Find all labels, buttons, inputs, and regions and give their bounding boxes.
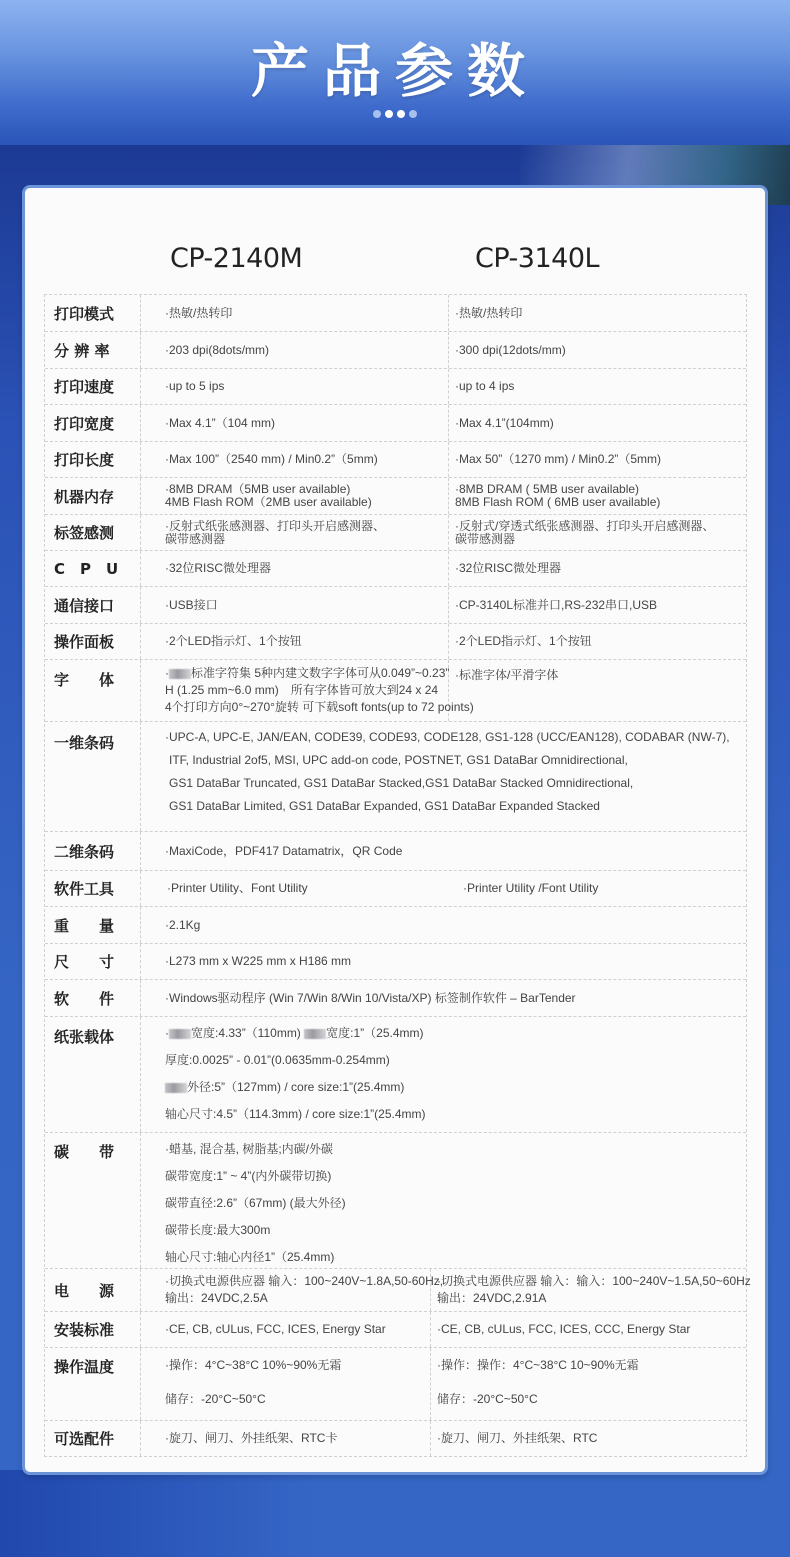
spec-text: 储存：-20°C~50°C bbox=[437, 1393, 746, 1406]
spec-row-power: 电 源 ·切换式电源供应器 输入：100~240V~1.8A,50-60Hz, … bbox=[45, 1268, 746, 1311]
spec-value-m1: ·切换式电源供应器 输入：100~240V~1.8A,50-60Hz, 输出：2… bbox=[141, 1269, 431, 1311]
spec-row-software: 软 件 ·Windows驱动程序 (Win 7/Win 8/Win 10/Vis… bbox=[45, 979, 746, 1016]
model-name-cp3140l: CP-3140L bbox=[475, 243, 599, 274]
spec-text-with-blur: ·标准字符集 5种内建文数字字体可从0.049”~0.23” bbox=[165, 665, 448, 682]
spec-value-m2: ·操作：操作：4°C~38°C 10~90%无霜 储存：-20°C~50°C bbox=[431, 1348, 746, 1420]
spec-label: 碳 带 bbox=[45, 1133, 141, 1268]
spec-text: ·旋刀、闸刀、外挂纸架、RTC卡 bbox=[165, 1432, 430, 1445]
spec-text: ·蜡基, 混合基, 树脂基;内碳/外碳 bbox=[165, 1136, 746, 1163]
spec-text: ·反射式/穿透式纸张感测器、打印头开启感测器、 bbox=[455, 520, 746, 533]
spec-label: 打印速度 bbox=[45, 369, 141, 404]
spec-value-m1: ·CE, CB, cULus, FCC, ICES, Energy Star bbox=[141, 1312, 431, 1347]
spec-row-operating-temp: 操作温度 ·操作：4°C~38°C 10%~90%无霜 储存：-20°C~50°… bbox=[45, 1347, 746, 1420]
spec-text: ·32位RISC微处理器 bbox=[165, 562, 448, 575]
spec-label: 打印长度 bbox=[45, 442, 141, 477]
spec-value-m1: ·Max 4.1”（104 mm) bbox=[141, 405, 449, 441]
spec-text: ·操作：4°C~38°C 10%~90%无霜 bbox=[165, 1357, 430, 1393]
spec-value-m2: ·切换式电源供应器 输入：输入：100~240V~1.5A,50~60Hz 输出… bbox=[431, 1269, 751, 1311]
spec-row-options: 可选配件 ·旋刀、闸刀、外挂纸架、RTC卡 ·旋刀、闸刀、外挂纸架、RTC bbox=[45, 1420, 746, 1456]
spec-text: ·标准字符集 5种内建文数字字体可从0.049”~0.23” bbox=[165, 666, 449, 680]
media-line: 外径:5”（127mm) / core size:1”(25.4mm) bbox=[165, 1074, 746, 1101]
blurred-text bbox=[165, 1083, 187, 1093]
spec-label: 打印宽度 bbox=[45, 405, 141, 441]
spec-text: ·Printer Utility、Font Utility bbox=[165, 882, 463, 895]
spec-label: 软 件 bbox=[45, 980, 141, 1016]
spec-value-m1: ·up to 5 ips bbox=[141, 369, 449, 404]
spec-value-full: ·2.1Kg bbox=[141, 907, 746, 943]
spec-text: ·操作：操作：4°C~38°C 10~90%无霜 bbox=[437, 1357, 746, 1393]
spec-value-m1: ·旋刀、闸刀、外挂纸架、RTC卡 bbox=[141, 1421, 431, 1456]
spec-value-m1: ·操作：4°C~38°C 10%~90%无霜 储存：-20°C~50°C bbox=[141, 1348, 431, 1420]
spec-label: 标签感测 bbox=[45, 515, 141, 550]
spec-text: 4MB Flash ROM（2MB user available) bbox=[165, 496, 448, 509]
spec-text: ·Max 100”（2540 mm) / Min0.2”（5mm) bbox=[165, 453, 448, 466]
spec-value-m1: ·标准字符集 5种内建文数字字体可从0.049”~0.23” H (1.25 m… bbox=[141, 660, 449, 721]
spec-value-m2: ·up to 4 ips bbox=[449, 369, 746, 404]
page-title: 产品参数 bbox=[0, 24, 790, 108]
spec-text: ·切换式电源供应器 输入：100~240V~1.8A,50-60Hz, bbox=[165, 1273, 430, 1290]
dot-icon bbox=[385, 110, 393, 118]
spec-text: ·旋刀、闸刀、外挂纸架、RTC bbox=[437, 1432, 746, 1445]
spec-row-print-speed: 打印速度 ·up to 5 ips ·up to 4 ips bbox=[45, 368, 746, 404]
spec-text: H (1.25 mm~6.0 mm) 所有字体皆可放大到24 x 24 bbox=[165, 682, 448, 699]
spec-value-m2: ·Max 50”（1270 mm) / Min0.2”（5mm) bbox=[449, 442, 746, 477]
spec-text: ·2个LED指示灯、1个按钮 bbox=[165, 635, 448, 648]
spec-label: 操作温度 bbox=[45, 1348, 141, 1420]
spec-text: GS1 DataBar Truncated, GS1 DataBar Stack… bbox=[165, 772, 746, 795]
spec-text: ITF, Industrial 2of5, MSI, UPC add-on co… bbox=[165, 749, 746, 772]
spec-row-ribbon: 碳 带 ·蜡基, 混合基, 树脂基;内碳/外碳 碳带宽度:1” ~ 4”(内外碳… bbox=[45, 1132, 746, 1268]
spec-value-full: ·蜡基, 混合基, 树脂基;内碳/外碳 碳带宽度:1” ~ 4”(内外碳带切换)… bbox=[141, 1133, 746, 1268]
spec-text: 碳带感测器 bbox=[455, 533, 746, 546]
model-name-cp2140m: CP-2140M bbox=[170, 243, 302, 274]
spec-text: 输出：24VDC,2.91A bbox=[437, 1290, 751, 1307]
spec-text: ·300 dpi(12dots/mm) bbox=[455, 344, 746, 357]
spec-row-cpu: C P U ·32位RISC微处理器 ·32位RISC微处理器 bbox=[45, 550, 746, 586]
spec-label: 尺 寸 bbox=[45, 944, 141, 979]
spec-label: 软件工具 bbox=[45, 871, 141, 906]
spec-value-m2: ·CE, CB, cULus, FCC, ICES, CCC, Energy S… bbox=[431, 1312, 746, 1347]
spec-text: ·反射式纸张感测器、打印头开启感测器、 bbox=[165, 520, 448, 533]
spec-text: 碳带直径:2.6”（67mm) (最大外径) bbox=[165, 1190, 746, 1217]
spec-label: 字 体 bbox=[45, 660, 141, 721]
spec-text: ·UPC-A, UPC-E, JAN/EAN, CODE39, CODE93, … bbox=[165, 726, 746, 749]
spec-text: ·切换式电源供应器 输入：输入：100~240V~1.5A,50~60Hz bbox=[437, 1273, 751, 1290]
spec-row-memory: 机器内存 ·8MB DRAM（5MB user available) 4MB F… bbox=[45, 477, 746, 514]
spec-value-m2: ·2个LED指示灯、1个按钮 bbox=[449, 624, 746, 659]
spec-row-dimensions: 尺 寸 ·L273 mm x W225 mm x H186 mm bbox=[45, 943, 746, 979]
spec-label: 一维条码 bbox=[45, 722, 141, 831]
spec-value-m1: ·32位RISC微处理器 bbox=[141, 551, 449, 586]
spec-value-m2: ·旋刀、闸刀、外挂纸架、RTC bbox=[431, 1421, 746, 1456]
spec-text: ·CP-3140L标准并口,RS-232串口,USB bbox=[455, 599, 746, 612]
spec-value-m1: ·2个LED指示灯、1个按钮 bbox=[141, 624, 449, 659]
spec-text: 8MB Flash ROM ( 6MB user available) bbox=[455, 496, 746, 509]
spec-text: ·2.1Kg bbox=[165, 919, 746, 932]
title-dots-decoration bbox=[0, 110, 790, 118]
dot-icon bbox=[373, 110, 381, 118]
spec-value-full: ·Printer Utility、Font Utility ·Printer U… bbox=[141, 871, 746, 906]
spec-label: 安装标准 bbox=[45, 1312, 141, 1347]
spec-text: ·Printer Utility /Font Utility bbox=[463, 882, 598, 895]
spec-text: ·L273 mm x W225 mm x H186 mm bbox=[165, 955, 746, 968]
spec-text: 厚度:0.0025” - 0.01”(0.0635mm-0.254mm) bbox=[165, 1047, 746, 1074]
spec-text: ·CE, CB, cULus, FCC, ICES, Energy Star bbox=[165, 1323, 430, 1336]
bottom-background bbox=[0, 1470, 790, 1557]
spec-card: CP-2140M CP-3140L 打印模式 ·热敏/热转印 ·热敏/热转印 分… bbox=[22, 185, 768, 1475]
spec-row-label-sensing: 标签感测 ·反射式纸张感测器、打印头开启感测器、 碳带感测器 ·反射式/穿透式纸… bbox=[45, 514, 746, 550]
spec-label: 打印模式 bbox=[45, 295, 141, 331]
spec-value-full: ·MaxiCode，PDF417 Datamatrix，QR Code bbox=[141, 832, 746, 870]
spec-label: 机器内存 bbox=[45, 478, 141, 514]
spec-value-full: ·Windows驱动程序 (Win 7/Win 8/Win 10/Vista/X… bbox=[141, 980, 746, 1016]
spec-row-1d-barcode: 一维条码 ·UPC-A, UPC-E, JAN/EAN, CODE39, COD… bbox=[45, 721, 746, 831]
spec-text: 宽度:1”（25.4mm) bbox=[326, 1026, 423, 1040]
spec-text: ·203 dpi(8dots/mm) bbox=[165, 344, 448, 357]
spec-text: ·Max 50”（1270 mm) / Min0.2”（5mm) bbox=[455, 453, 746, 466]
spec-value-m2: ·Max 4.1”(104mm) bbox=[449, 405, 746, 441]
spec-text: ·Windows驱动程序 (Win 7/Win 8/Win 10/Vista/X… bbox=[165, 992, 746, 1005]
spec-value-m2: ·标准字体/平滑字体 bbox=[449, 660, 746, 721]
spec-text: ·Max 4.1”(104mm) bbox=[455, 417, 746, 430]
spec-table: 打印模式 ·热敏/热转印 ·热敏/热转印 分 辨 率 ·203 dpi(8dot… bbox=[44, 294, 747, 1457]
spec-row-control-panel: 操作面板 ·2个LED指示灯、1个按钮 ·2个LED指示灯、1个按钮 bbox=[45, 623, 746, 659]
spec-text: 碳带长度:最大300m bbox=[165, 1217, 746, 1244]
spec-text: 储存：-20°C~50°C bbox=[165, 1393, 430, 1406]
spec-text: 碳带宽度:1” ~ 4”(内外碳带切换) bbox=[165, 1163, 746, 1190]
spec-text: 宽度:4.33”（110mm) bbox=[191, 1026, 301, 1040]
spec-value-full: ·L273 mm x W225 mm x H186 mm bbox=[141, 944, 746, 979]
spec-text: ·Max 4.1”（104 mm) bbox=[165, 417, 448, 430]
spec-text: ·USB接口 bbox=[165, 599, 448, 612]
spec-text: 输出：24VDC,2.5A bbox=[165, 1290, 430, 1307]
blurred-text bbox=[169, 1029, 191, 1039]
spec-value-m2: ·32位RISC微处理器 bbox=[449, 551, 746, 586]
spec-value-m2: ·反射式/穿透式纸张感测器、打印头开启感测器、 碳带感测器 bbox=[449, 515, 746, 550]
spec-value-m1: ·203 dpi(8dots/mm) bbox=[141, 332, 449, 368]
spec-label: 重 量 bbox=[45, 907, 141, 943]
spec-text: ·up to 5 ips bbox=[165, 380, 448, 393]
spec-value-m1: ·Max 100”（2540 mm) / Min0.2”（5mm) bbox=[141, 442, 449, 477]
spec-label: 通信接口 bbox=[45, 587, 141, 623]
spec-value-full: ·UPC-A, UPC-E, JAN/EAN, CODE39, CODE93, … bbox=[141, 722, 746, 831]
spec-text: ·热敏/热转印 bbox=[455, 307, 746, 320]
spec-text: ·32位RISC微处理器 bbox=[455, 562, 746, 575]
spec-text: 4个打印方向0°~270°旋转 可下载soft fonts(up to 72 p… bbox=[165, 699, 448, 716]
spec-label: 二维条码 bbox=[45, 832, 141, 870]
spec-text: ·标准字体/平滑字体 bbox=[455, 669, 746, 682]
spec-row-certifications: 安装标准 ·CE, CB, cULus, FCC, ICES, Energy S… bbox=[45, 1311, 746, 1347]
spec-row-media: 纸张载体 ·宽度:4.33”（110mm) 宽度:1”（25.4mm) 厚度:0… bbox=[45, 1016, 746, 1132]
spec-value-m2: ·CP-3140L标准并口,RS-232串口,USB bbox=[449, 587, 746, 623]
spec-value-m1: ·热敏/热转印 bbox=[141, 295, 449, 331]
spec-row-print-mode: 打印模式 ·热敏/热转印 ·热敏/热转印 bbox=[45, 295, 746, 331]
spec-text: GS1 DataBar Limited, GS1 DataBar Expande… bbox=[165, 795, 746, 818]
spec-text: 外径:5”（127mm) / core size:1”(25.4mm) bbox=[187, 1080, 404, 1094]
spec-label: 电 源 bbox=[45, 1269, 141, 1311]
spec-value-m2: ·300 dpi(12dots/mm) bbox=[449, 332, 746, 368]
spec-text: ·CE, CB, cULus, FCC, ICES, CCC, Energy S… bbox=[437, 1323, 746, 1336]
spec-row-fonts: 字 体 ·标准字符集 5种内建文数字字体可从0.049”~0.23” H (1.… bbox=[45, 659, 746, 721]
spec-label: 操作面板 bbox=[45, 624, 141, 659]
spec-row-interface: 通信接口 ·USB接口 ·CP-3140L标准并口,RS-232串口,USB bbox=[45, 586, 746, 623]
spec-text: ·热敏/热转印 bbox=[165, 307, 448, 320]
spec-row-print-length: 打印长度 ·Max 100”（2540 mm) / Min0.2”（5mm) ·… bbox=[45, 441, 746, 477]
spec-label: 纸张载体 bbox=[45, 1017, 141, 1132]
spec-value-m1: ·反射式纸张感测器、打印头开启感测器、 碳带感测器 bbox=[141, 515, 449, 550]
media-line: ·宽度:4.33”（110mm) 宽度:1”（25.4mm) bbox=[165, 1020, 746, 1047]
spec-text: ·MaxiCode，PDF417 Datamatrix，QR Code bbox=[165, 845, 746, 858]
spec-text: 轴心尺寸:轴心内径1”（25.4mm) bbox=[165, 1244, 746, 1271]
spec-row-software-tools: 软件工具 ·Printer Utility、Font Utility ·Prin… bbox=[45, 870, 746, 906]
model-headers: CP-2140M CP-3140L bbox=[25, 243, 765, 283]
spec-value-m2: ·热敏/热转印 bbox=[449, 295, 746, 331]
spec-text: ·up to 4 ips bbox=[455, 380, 746, 393]
spec-label: 可选配件 bbox=[45, 1421, 141, 1456]
spec-value-m1: ·USB接口 bbox=[141, 587, 449, 623]
blurred-text bbox=[169, 669, 191, 679]
spec-value-full: ·宽度:4.33”（110mm) 宽度:1”（25.4mm) 厚度:0.0025… bbox=[141, 1017, 746, 1132]
spec-label: 分 辨 率 bbox=[45, 332, 141, 368]
spec-value-m2: ·8MB DRAM ( 5MB user available) 8MB Flas… bbox=[449, 478, 746, 514]
spec-row-print-width: 打印宽度 ·Max 4.1”（104 mm) ·Max 4.1”(104mm) bbox=[45, 404, 746, 441]
spec-label: C P U bbox=[45, 551, 141, 586]
dot-icon bbox=[409, 110, 417, 118]
spec-value-m1: ·8MB DRAM（5MB user available) 4MB Flash … bbox=[141, 478, 449, 514]
spec-row-weight: 重 量 ·2.1Kg bbox=[45, 906, 746, 943]
spec-text: 轴心尺寸:4.5”（114.3mm) / core size:1”(25.4mm… bbox=[165, 1101, 746, 1128]
spec-row-resolution: 分 辨 率 ·203 dpi(8dots/mm) ·300 dpi(12dots… bbox=[45, 331, 746, 368]
dot-icon bbox=[397, 110, 405, 118]
spec-row-2d-barcode: 二维条码 ·MaxiCode，PDF417 Datamatrix，QR Code bbox=[45, 831, 746, 870]
spec-text: ·2个LED指示灯、1个按钮 bbox=[455, 635, 746, 648]
spec-text: 碳带感测器 bbox=[165, 533, 448, 546]
blurred-text bbox=[304, 1029, 326, 1039]
